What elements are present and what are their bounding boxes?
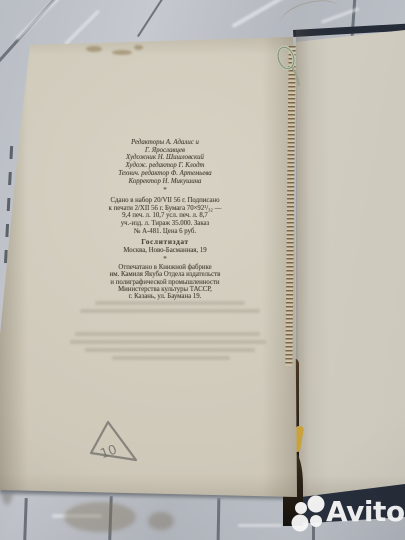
right-page-shading: [296, 30, 405, 502]
colophon-line: им. Камиля Якуба Отдела издательств: [45, 271, 285, 278]
colophon-line: Корректор Н. Микушина: [45, 178, 285, 186]
publisher-address: Москва, Ново-Басманная, 19: [45, 247, 285, 255]
publisher-name: Гослитиздат: [45, 239, 285, 247]
colophon-line: Сдано в набор 20/VII 56 г. Подписано: [45, 197, 285, 205]
paint-streak: [15, 0, 60, 41]
wood-stain: [148, 512, 174, 530]
stamp-number: 10: [98, 442, 119, 462]
colophon-line: Художник Н. Шишловский: [45, 154, 285, 162]
bookmark-thread-icon: [272, 40, 306, 86]
paint-streak: [64, 9, 100, 45]
wood-plank-gap: [217, 498, 221, 540]
show-through-text-line: [80, 309, 260, 313]
wood-plank-gap: [23, 498, 27, 540]
colophon-line: Редакторы А. Адалис и: [45, 139, 285, 147]
paint-streak: [238, 524, 282, 527]
wood-stain: [64, 502, 136, 532]
print-info-block: Сдано в набор 20/VII 56 г. Подписано к п…: [45, 197, 285, 235]
book-photo-scene: Редакторы А. Адалис и Г. Ярославцев Худо…: [0, 0, 405, 540]
colophon-text-block: Редакторы А. Адалис и Г. Ярославцев Худо…: [45, 139, 285, 301]
avito-watermark-text: Avito: [326, 495, 405, 528]
colophon-line: к печати 2/XII 56 г. Бумага 70×92¹/₃₂ —: [45, 205, 285, 213]
show-through-text-line: [112, 356, 230, 360]
colophon-line: и полиграфической промышленности: [45, 279, 285, 286]
colophon-line: г. Казань, ул. Баумана 19.: [45, 293, 285, 300]
colophon-line: Отпечатано в Книжной фабрике: [45, 264, 285, 271]
colophon-line: Министерства культуры ТАССР,: [45, 286, 285, 293]
show-through-text-line: [85, 348, 255, 352]
price-stamp-triangle-icon: 10: [86, 418, 140, 470]
colophon-line: № А-481. Цена 6 руб.: [45, 228, 285, 236]
show-through-text-line: [75, 332, 260, 336]
avito-logo-icon: [288, 494, 330, 534]
page-edge-stain: [86, 46, 102, 52]
show-through-text-line: [70, 340, 266, 344]
colophon-line: уч.-изд. л. Тираж 35.000. Заказ: [45, 220, 285, 228]
colophon-line: Худож. редактор Г. Клодт: [45, 162, 285, 170]
colophon-line: 9,4 печ. л. 10,7 усл. печ. л. 8,7: [45, 212, 285, 220]
show-through-text-line: [95, 301, 245, 305]
printer-block: Отпечатано в Книжной фабрике им. Камиля …: [45, 264, 285, 301]
page-edge-stain: [134, 45, 143, 50]
colophon-line: Технич. редактор Ф. Артемьева: [45, 170, 285, 178]
separator-asterisk: *: [45, 187, 285, 194]
page-edge-stain: [112, 50, 132, 55]
wood-plank-gap: [137, 0, 165, 37]
publisher-block: Гослитиздат Москва, Ново-Басманная, 19: [45, 239, 285, 255]
editors-block: Редакторы А. Адалис и Г. Ярославцев Худо…: [45, 139, 285, 185]
separator-asterisk: *: [45, 256, 285, 263]
